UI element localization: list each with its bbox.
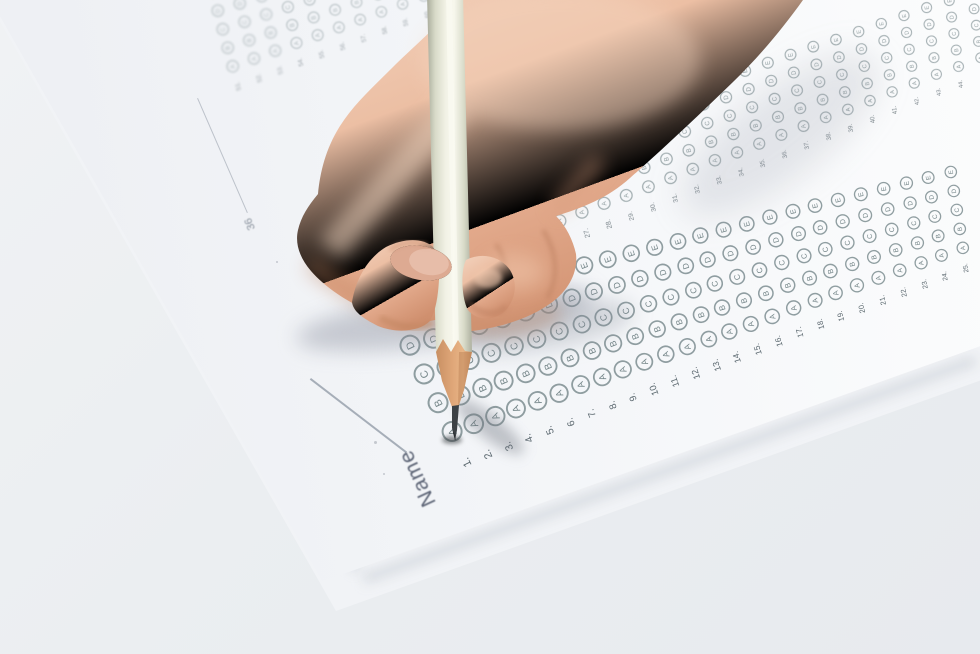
hand-holding-pencil xyxy=(0,0,980,654)
pencil-graphite-tip xyxy=(452,405,459,441)
photo-scene: Name 36 1.ABCDE2.ABCDE3.ABCDE4.ABCDE5.AB… xyxy=(0,0,980,654)
pencil-wood-shade xyxy=(458,352,472,408)
